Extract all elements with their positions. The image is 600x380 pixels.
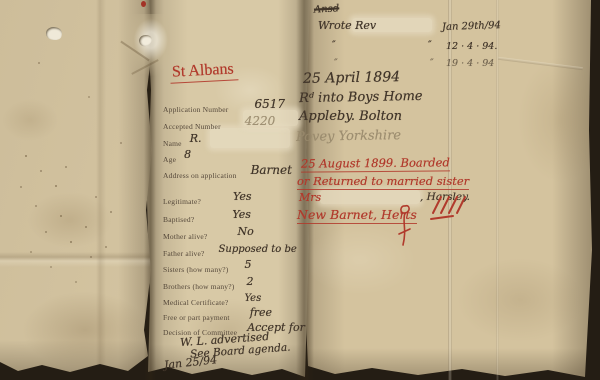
red-ribbon-flourish: [396, 203, 414, 247]
field-label: Accepted Number: [163, 122, 221, 131]
field-value: Yes: [244, 293, 261, 304]
field-label: Brothers (how many?): [163, 282, 234, 291]
field-value: free: [250, 306, 272, 319]
red-ink-spot: [141, 1, 146, 7]
field-value: 8: [184, 148, 191, 161]
field-label: Baptised?: [163, 215, 194, 224]
field-label: Application Number: [163, 105, 228, 114]
sister-name-prefix: Mrs: [299, 191, 321, 204]
form-row-sisters: Sisters (how many?)5: [163, 259, 251, 277]
cancelled-note: Ansd: [314, 3, 340, 15]
field-value: No: [237, 225, 253, 238]
field-label: Sisters (how many?): [163, 265, 228, 274]
field-value: 2: [246, 275, 253, 288]
field-label: Name: [163, 139, 182, 148]
field-value: Yes: [232, 208, 250, 221]
form-row-address: Address on applicationBarnet: [163, 165, 292, 183]
ditto-mark: ″: [430, 58, 434, 69]
field-label: Free or part payment: [163, 313, 230, 322]
field-label: Medical Certificate?: [163, 298, 228, 307]
field-label: Mother alive?: [163, 232, 207, 241]
field-value: 6517: [254, 97, 285, 111]
field-value: 4220: [245, 114, 276, 128]
foxing-speckles: [0, 0, 2, 2]
admission-note-line: Rᵈ into Boys Home: [299, 89, 423, 106]
ditto-mark: ″: [428, 40, 432, 51]
place-heading: St Albans: [170, 60, 239, 84]
form-row-accepted-number: Accepted Number4220: [163, 116, 275, 134]
discharge-note-line: or Returned to married sister: [297, 174, 469, 190]
field-label: Legitimate?: [163, 197, 201, 206]
form-row-legitimate: Legitimate?Yes: [163, 191, 251, 209]
pencil-note: Povey Yorkshire: [296, 128, 401, 145]
field-label: Father alive?: [163, 249, 205, 258]
field-value: Supposed to be: [219, 244, 297, 255]
field-label: Age: [163, 155, 176, 164]
ditto-mark: ″: [332, 40, 336, 51]
field-label: Address on application: [163, 171, 237, 180]
correspondence-entry: Wrote Rev: [318, 19, 376, 32]
field-value: R.: [190, 132, 202, 145]
red-tally-marks: [427, 195, 473, 223]
field-value: 5: [244, 258, 251, 271]
form-row-mother-alive: Mother alive?No: [163, 226, 254, 244]
discharge-date-line: 25 August 1899. Boarded: [301, 155, 450, 172]
admission-date-line: 25 April 1894: [303, 69, 400, 87]
field-value: Barnet: [251, 163, 292, 177]
erased-sister-name-patch: [320, 190, 420, 204]
correspondence-date: Jan 29th/94: [442, 20, 501, 33]
correspondence-date: 19 · 4 · 94: [446, 58, 494, 69]
field-value: Yes: [233, 190, 251, 203]
correspondence-date: 12 · 4 · 94.: [446, 41, 497, 52]
ditto-mark: ″: [334, 58, 338, 69]
admission-place-line: Appleby. Bolton: [299, 109, 402, 124]
